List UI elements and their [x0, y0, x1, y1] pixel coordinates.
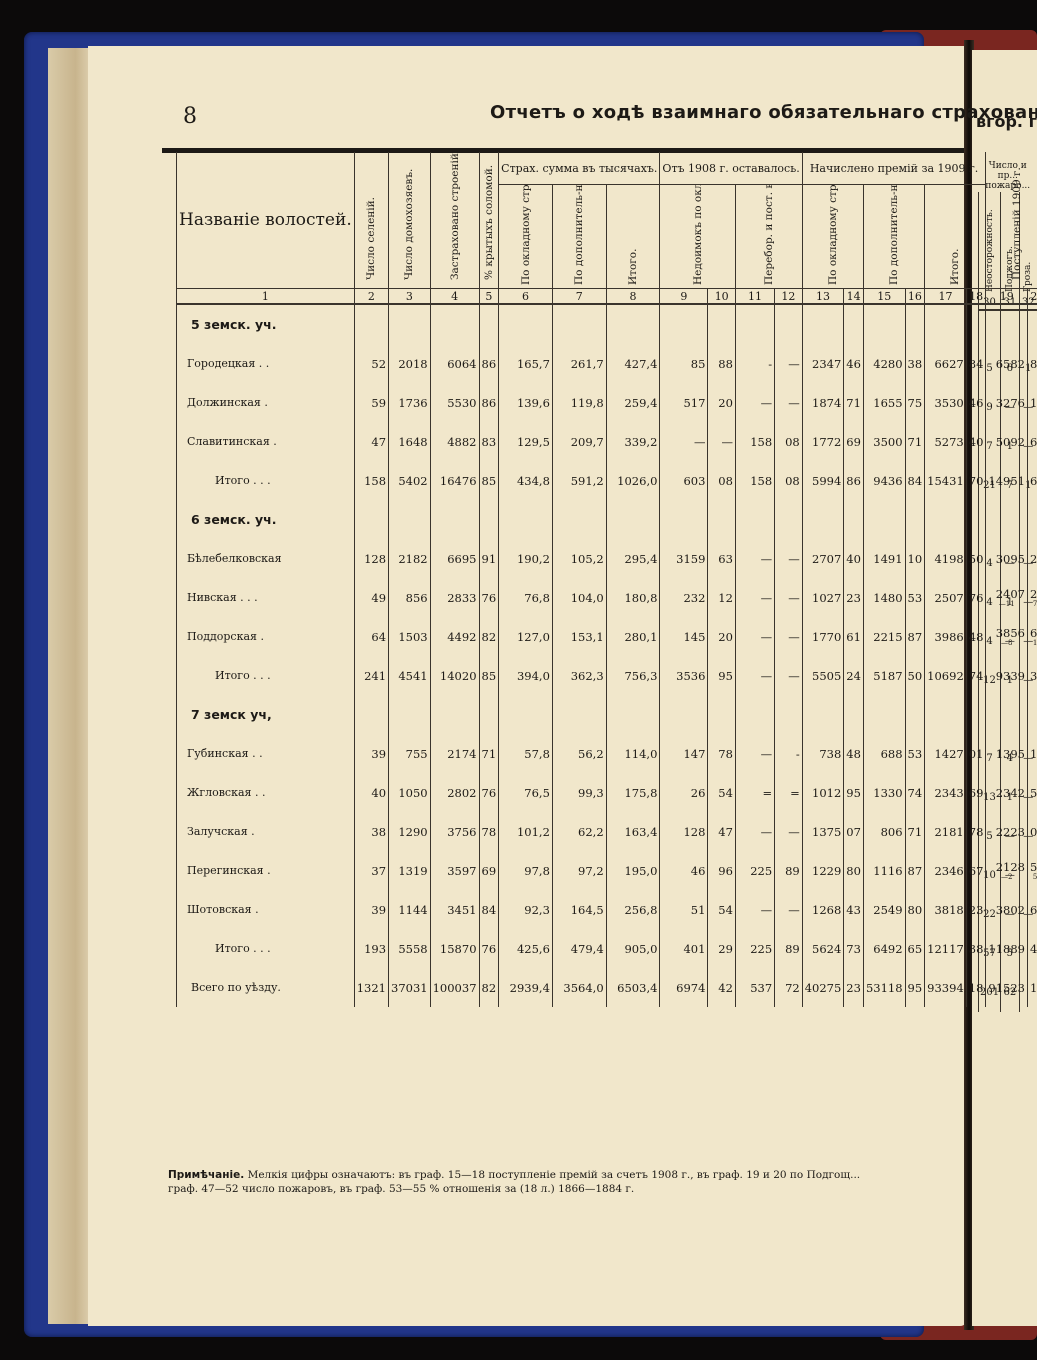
cell-col-16: 95 [905, 968, 925, 1007]
table-row: Городецкая . .522018606486165,7261,7427,… [177, 344, 1037, 383]
cell-col-8: 195,0 [606, 851, 660, 890]
cell-col-8: 180,8 [606, 578, 660, 617]
cell-col-5: 84 [479, 890, 499, 929]
table-row: Бѣлебелковская1282182669591190,2105,2295… [177, 539, 1037, 578]
cell-col-7 [552, 304, 606, 344]
cell-col-7: 56,2 [552, 734, 606, 773]
cell-col-7: 105,2 [552, 539, 606, 578]
cell-col-2: 158 [354, 461, 388, 500]
cell-col-6: 57,8 [499, 734, 553, 773]
cell-col-20: 86 [1028, 344, 1037, 383]
cell-col-8 [606, 695, 660, 734]
cell-col-13: 2347 [802, 344, 844, 383]
footnote-label: Примѣчаніе. [168, 1169, 244, 1181]
volost-name: Поддорская . [177, 617, 355, 656]
header-c9: Недоимокъ по окладн. страхов. [660, 185, 736, 289]
column-number: 14 [844, 289, 864, 305]
cell-col-12: — [775, 539, 803, 578]
volost-name: 5 земск. уч. [177, 304, 355, 344]
cell-col-18: 76 [966, 578, 986, 617]
header-c17: Итого. [925, 185, 986, 289]
cell-col-18: 23 [966, 890, 986, 929]
cell-col-11: — [735, 578, 774, 617]
cell-col-8: 163,4 [606, 812, 660, 851]
column-number: 5 [479, 289, 499, 305]
volost-name: Жгловская . . [177, 773, 355, 812]
cell-col-7: 99,3 [552, 773, 606, 812]
cell-col-17 [925, 695, 967, 734]
cell-col-8: 905,0 [606, 929, 660, 968]
volost-name: Должинская . [177, 383, 355, 422]
cell-col-16: 65 [905, 929, 925, 968]
cell-col-14: 40 [844, 539, 864, 578]
cell-col-16: 10 [905, 539, 925, 578]
cell-col-12: — [775, 383, 803, 422]
cell-col-10 [708, 304, 736, 344]
cell-col-7: 261,7 [552, 344, 606, 383]
cell-col-14: 07 [844, 812, 864, 851]
cell-col-5 [479, 695, 499, 734]
cell-col-11: — [735, 656, 774, 695]
cell-col-10 [708, 695, 736, 734]
section-header-row: 7 земск уч, [177, 695, 1037, 734]
cell-col-16: 74 [905, 773, 925, 812]
cell-col-12: — [775, 578, 803, 617]
cell-col-11: — [735, 617, 774, 656]
cell-col-10: 95 [708, 656, 736, 695]
cell-col-5: 86 [479, 344, 499, 383]
cell-col-12: — [775, 344, 803, 383]
cell-col-18: 78 [966, 812, 986, 851]
header-c7: По дополнитель-ному страхов. [552, 185, 606, 289]
cell-col-19 [986, 500, 1028, 539]
column-number: 7 [552, 289, 606, 305]
cell-col-9: 145 [660, 617, 708, 656]
cell-col-10: 47 [708, 812, 736, 851]
cell-col-6: 101,2 [499, 812, 553, 851]
cell-col-4: 16476 [430, 461, 479, 500]
cell-col-2: 39 [354, 734, 388, 773]
cell-col-9: 128 [660, 812, 708, 851]
cell-col-18: 50 [966, 539, 986, 578]
cell-col-11: 158 [735, 422, 774, 461]
cell-col-2: 49 [354, 578, 388, 617]
cell-col-5: 69 [479, 851, 499, 890]
cell-col-4: 3756 [430, 812, 479, 851]
cell-col-14: 86 [844, 461, 864, 500]
cell-col-3: 1648 [389, 422, 431, 461]
header-group-1908: Отъ 1908 г. оставалось. [660, 152, 802, 185]
cell-col-14: 43 [844, 890, 864, 929]
cell-col-13: 5505 [802, 656, 844, 695]
cell-col-4 [430, 304, 479, 344]
cell-col-3: 1503 [389, 617, 431, 656]
cell-col-12: 72 [775, 968, 803, 1007]
cell-col-5: 85 [479, 461, 499, 500]
cell-col-11: — [735, 539, 774, 578]
volost-name: Бѣлебелковская [177, 539, 355, 578]
cell-col-17: 2181 [925, 812, 967, 851]
cell-col-20: 19 [1028, 734, 1037, 773]
cell-col-11 [735, 304, 774, 344]
header-c5: % крытыхъ соломой. [479, 152, 499, 289]
cell-col-11: — [735, 812, 774, 851]
cell-col-15: 3500 [863, 422, 905, 461]
header-c6: По окладному страхованію. [499, 185, 553, 289]
cell-col-3: 1736 [389, 383, 431, 422]
cell-col-16: 50 [905, 656, 925, 695]
cell-col-7: 62,2 [552, 812, 606, 851]
cell-col-6 [499, 500, 553, 539]
cell-col-16: 71 [905, 812, 925, 851]
cell-col-2 [354, 695, 388, 734]
cell-col-9: 3536 [660, 656, 708, 695]
cell-col-13: 1772 [802, 422, 844, 461]
cell-col-13 [802, 500, 844, 539]
cell-col-3: 2182 [389, 539, 431, 578]
cell-col-19: 1395 [986, 734, 1028, 773]
cell-col-17: 5273 [925, 422, 967, 461]
cell-col-20 [1028, 695, 1037, 734]
cell-col-12: — [775, 656, 803, 695]
cell-col-19: 2128—2 [986, 851, 1028, 890]
column-number: 10 [708, 289, 736, 305]
cell-col-3: 4541 [389, 656, 431, 695]
page-title-continuation: вгор. губ. [976, 112, 1037, 131]
table-row: Жгловская . .40105028027676,599,3175,826… [177, 773, 1037, 812]
cell-col-18: 70 [966, 461, 986, 500]
cell-col-4: 5530 [430, 383, 479, 422]
column-number: 4 [430, 289, 479, 305]
cell-col-17: 93394 [925, 968, 967, 1007]
column-number: 20 [1028, 289, 1037, 305]
cell-col-17: 1427 [925, 734, 967, 773]
cell-col-20: 60 [1028, 890, 1037, 929]
header-volost-name: Названіе волостей. [177, 152, 355, 289]
volost-name: Славитинская . [177, 422, 355, 461]
cell-col-18: 01 [966, 734, 986, 773]
column-number: 12 [775, 289, 803, 305]
cell-col-17: 10692 [925, 656, 967, 695]
cell-col-11: 158 [735, 461, 774, 500]
cell-col-13: 1027 [802, 578, 844, 617]
column-number: 2 [354, 289, 388, 305]
cell-col-4: 3451 [430, 890, 479, 929]
cell-col-7 [552, 500, 606, 539]
cell-col-5: 91 [479, 539, 499, 578]
cell-col-14: 23 [844, 968, 864, 1007]
column-numbers-row: 1234567891011121314151617181920212223242… [177, 289, 1037, 305]
cell-col-8: 6503,4 [606, 968, 660, 1007]
cell-col-4: 2833 [430, 578, 479, 617]
cell-col-15: 1480 [863, 578, 905, 617]
cell-col-9: 232 [660, 578, 708, 617]
cell-col-20: 40 [1028, 929, 1037, 968]
cell-col-11: - [735, 344, 774, 383]
cell-col-5: 82 [479, 968, 499, 1007]
column-number: 6 [499, 289, 553, 305]
cell-col-13: 5994 [802, 461, 844, 500]
volost-name: Городецкая . . [177, 344, 355, 383]
cell-col-18: 46 [966, 383, 986, 422]
cell-col-7: 209,7 [552, 422, 606, 461]
cell-col-19: 3856—8 [986, 617, 1028, 656]
cell-col-17: 15431 [925, 461, 967, 500]
cell-col-2: 39 [354, 890, 388, 929]
page-title: Отчетъ о ходѣ взаимнаго обязательнаго ст… [490, 102, 1037, 123]
cell-col-19: 2342 [986, 773, 1028, 812]
section-header-row: 6 земск. уч. [177, 500, 1037, 539]
cell-col-3 [389, 695, 431, 734]
column-number: 9 [660, 289, 708, 305]
cell-col-9: — [660, 422, 708, 461]
cell-col-18 [966, 695, 986, 734]
cell-col-6 [499, 304, 553, 344]
cell-col-7: 119,8 [552, 383, 606, 422]
cell-col-14: 24 [844, 656, 864, 695]
cell-col-8: 175,8 [606, 773, 660, 812]
cell-col-14: 73 [844, 929, 864, 968]
cell-col-4: 2174 [430, 734, 479, 773]
cell-col-7: 104,0 [552, 578, 606, 617]
cell-col-11: 225 [735, 929, 774, 968]
cell-col-3: 755 [389, 734, 431, 773]
cell-col-14: 46 [844, 344, 864, 383]
cell-col-4: 100037 [430, 968, 479, 1007]
cell-col-19: 3095 [986, 539, 1028, 578]
cell-col-4: 4882 [430, 422, 479, 461]
cell-col-5: 85 [479, 656, 499, 695]
cell-col-14 [844, 695, 864, 734]
cell-col-2: 40 [354, 773, 388, 812]
cell-col-17: 3530 [925, 383, 967, 422]
cell-col-6: 97,8 [499, 851, 553, 890]
cell-col-17: 2346 [925, 851, 967, 890]
cell-col-14: 69 [844, 422, 864, 461]
volost-name: Нивская . . . [177, 578, 355, 617]
column-number: 15 [863, 289, 905, 305]
cell-col-6 [499, 695, 553, 734]
cell-col-18: 38 [966, 929, 986, 968]
cell-col-16: 71 [905, 422, 925, 461]
cell-col-6: 127,0 [499, 617, 553, 656]
cell-col-5: 71 [479, 734, 499, 773]
cell-col-10 [708, 500, 736, 539]
cell-col-17: 4198 [925, 539, 967, 578]
cell-col-7: 479,4 [552, 929, 606, 968]
cell-col-20: 2672 [1028, 578, 1037, 617]
cell-col-2: 128 [354, 539, 388, 578]
cell-col-16: 87 [905, 851, 925, 890]
cell-col-2: 37 [354, 851, 388, 890]
cell-col-20: 33 [1028, 656, 1037, 695]
cell-col-2 [354, 304, 388, 344]
cell-col-19: 6582 [986, 344, 1028, 383]
cell-col-20 [1028, 304, 1037, 344]
cell-col-9: 26 [660, 773, 708, 812]
table-row: Должинская .591736553086139,6119,8259,45… [177, 383, 1037, 422]
cell-col-13 [802, 304, 844, 344]
cell-col-10: — [708, 422, 736, 461]
cell-col-16 [905, 304, 925, 344]
cell-col-15: 2215 [863, 617, 905, 656]
cell-col-13: 1874 [802, 383, 844, 422]
table-row: Шотовская .39114434518492,3164,5256,8515… [177, 890, 1037, 929]
table-row: Славитинская .471648488283129,5209,7339,… [177, 422, 1037, 461]
cell-col-3: 1290 [389, 812, 431, 851]
total-row: Итого . . .15854021647685434,8591,21026,… [177, 461, 1037, 500]
cell-col-15: 4280 [863, 344, 905, 383]
volost-name: Шотовская . [177, 890, 355, 929]
cell-col-19: 3802 [986, 890, 1028, 929]
cell-col-3: 1144 [389, 890, 431, 929]
cell-col-2: 47 [354, 422, 388, 461]
cell-col-10: 63 [708, 539, 736, 578]
header-group-sum: Страх. сумма въ тысячахъ. [499, 152, 660, 185]
cell-col-15: 6492 [863, 929, 905, 968]
cell-col-5: 82 [479, 617, 499, 656]
cell-col-20: 6911 [1028, 617, 1037, 656]
volost-name: Губинская . . [177, 734, 355, 773]
cell-col-17: 2507 [925, 578, 967, 617]
cell-col-20: 19 [1028, 383, 1037, 422]
cell-col-8 [606, 500, 660, 539]
cell-col-14 [844, 500, 864, 539]
cell-col-12 [775, 500, 803, 539]
cell-col-19 [986, 695, 1028, 734]
table-row: Залучская .381290375678101,262,2163,4128… [177, 812, 1037, 851]
cell-col-10: 54 [708, 773, 736, 812]
cell-col-19 [986, 304, 1028, 344]
cell-col-15 [863, 500, 905, 539]
column-number: 11 [735, 289, 774, 305]
cell-col-16 [905, 500, 925, 539]
cell-col-7: 153,1 [552, 617, 606, 656]
cell-col-10: 54 [708, 890, 736, 929]
cell-col-7: 591,2 [552, 461, 606, 500]
column-number: 8 [606, 289, 660, 305]
cell-col-12: 08 [775, 422, 803, 461]
cell-col-14: 48 [844, 734, 864, 773]
cell-col-18 [966, 304, 986, 344]
cell-col-16: 80 [905, 890, 925, 929]
cell-col-7: 97,2 [552, 851, 606, 890]
cell-col-12: — [775, 617, 803, 656]
cell-col-10: 20 [708, 617, 736, 656]
cell-col-15: 5187 [863, 656, 905, 695]
cell-col-19: 2223 [986, 812, 1028, 851]
cell-col-3 [389, 304, 431, 344]
cell-col-4 [430, 500, 479, 539]
cell-col-18: 84 [966, 344, 986, 383]
cell-col-4: 15870 [430, 929, 479, 968]
cell-col-15: 1116 [863, 851, 905, 890]
cell-col-6: 139,6 [499, 383, 553, 422]
cell-col-3 [389, 500, 431, 539]
cell-col-20: 15 [1028, 968, 1037, 1007]
cell-col-7: 362,3 [552, 656, 606, 695]
footnote-line1: Мелкія цифры означаютъ: въ граф. 15—18 п… [248, 1169, 861, 1181]
cell-col-7 [552, 695, 606, 734]
cell-col-13 [802, 695, 844, 734]
cell-col-13: 1375 [802, 812, 844, 851]
cell-col-8 [606, 304, 660, 344]
header-c11: Перебор. и пост. въ окл. 1909 г. [735, 185, 802, 289]
header-c8: Итого. [606, 185, 660, 289]
cell-col-9: 3159 [660, 539, 708, 578]
column-number: 3 [389, 289, 431, 305]
cell-col-18: 67 [966, 851, 986, 890]
cell-col-5: 83 [479, 422, 499, 461]
cell-col-2: 64 [354, 617, 388, 656]
cell-col-16: 53 [905, 734, 925, 773]
cell-col-6: 165,7 [499, 344, 553, 383]
cell-col-4: 3597 [430, 851, 479, 890]
cell-col-17: 12117 [925, 929, 967, 968]
cell-col-6: 394,0 [499, 656, 553, 695]
column-number: 17 [925, 289, 967, 305]
cell-col-17: 6627 [925, 344, 967, 383]
insurance-table: Названіе волостей. Число селеній. Число … [176, 152, 1037, 1007]
cell-col-15: 806 [863, 812, 905, 851]
cell-col-6: 190,2 [499, 539, 553, 578]
cell-col-13: 5624 [802, 929, 844, 968]
cell-col-3: 5402 [389, 461, 431, 500]
cell-col-3: 1050 [389, 773, 431, 812]
cell-col-9: 603 [660, 461, 708, 500]
column-number: 13 [802, 289, 844, 305]
cell-col-16: 38 [905, 344, 925, 383]
table-row: Перегинская .37131935976997,897,2195,046… [177, 851, 1037, 890]
cell-col-5 [479, 304, 499, 344]
cell-col-17: 2343 [925, 773, 967, 812]
cell-col-13: 738 [802, 734, 844, 773]
cell-col-13: 40275 [802, 968, 844, 1007]
cell-col-16: 75 [905, 383, 925, 422]
column-number: 16 [905, 289, 925, 305]
cell-col-8: 256,8 [606, 890, 660, 929]
footnote: Примѣчаніе. Мелкія цифры означаютъ: въ г… [168, 1168, 860, 1196]
header-c4: Застраховано строеній [430, 152, 479, 289]
cell-col-20: 21 [1028, 539, 1037, 578]
total-row: Итого . . .24145411402085394,0362,3756,3… [177, 656, 1037, 695]
cell-col-5: 86 [479, 383, 499, 422]
cell-col-14: 80 [844, 851, 864, 890]
cell-col-11: = [735, 773, 774, 812]
cell-col-8: 280,1 [606, 617, 660, 656]
cell-col-11: 225 [735, 851, 774, 890]
cell-col-11: 537 [735, 968, 774, 1007]
cell-col-4: 14020 [430, 656, 479, 695]
total-row: Итого . . .19355581587076425,6479,4905,0… [177, 929, 1037, 968]
cell-col-7: 164,5 [552, 890, 606, 929]
header-group-premiums: Начислено премій за 1909 г. [802, 152, 986, 185]
cell-col-6: 425,6 [499, 929, 553, 968]
cell-col-12 [775, 304, 803, 344]
cell-col-7: 3564,0 [552, 968, 606, 1007]
cell-col-6: 129,5 [499, 422, 553, 461]
cell-col-14: 95 [844, 773, 864, 812]
table-body: 5 земск. уч.Городецкая . .52201860648616… [177, 304, 1037, 1007]
cell-col-10: 96 [708, 851, 736, 890]
column-number: 18 [966, 289, 986, 305]
cell-col-3: 5558 [389, 929, 431, 968]
cell-col-3: 1319 [389, 851, 431, 890]
volost-name: 6 земск. уч. [177, 500, 355, 539]
cell-col-6: 76,8 [499, 578, 553, 617]
cell-col-20: 06 [1028, 812, 1037, 851]
cell-col-9 [660, 304, 708, 344]
